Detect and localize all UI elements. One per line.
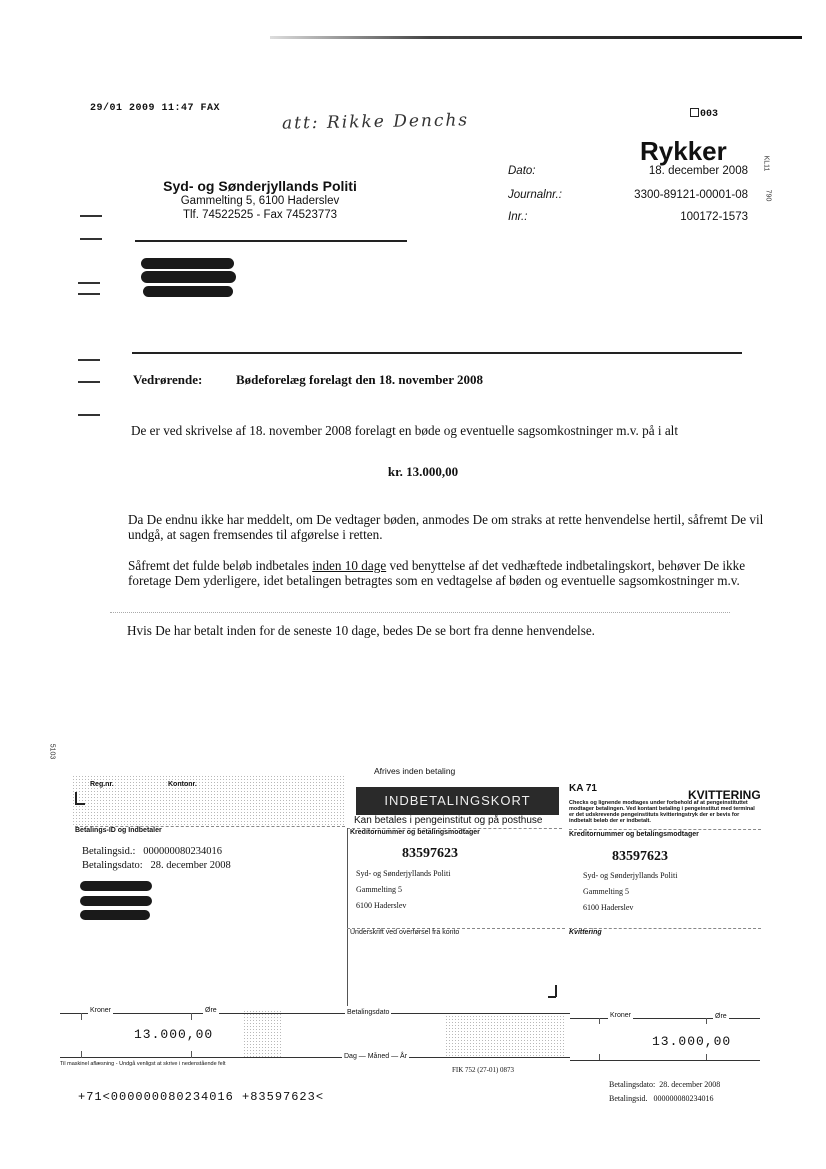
receipt-creditor-address: Syd- og Sønderjyllands Politi Gammelting… bbox=[583, 868, 677, 916]
sender-contact: Tlf. 74522525 - Fax 74523773 bbox=[120, 208, 400, 222]
payment-date-value: 28. december 2008 bbox=[151, 860, 231, 871]
payment-date-row: Betalingsdato: 28. december 2008 bbox=[82, 860, 231, 871]
payment-date-label: Betalingsdato: bbox=[82, 860, 143, 871]
receipt-creditor-number: 83597623 bbox=[612, 849, 668, 865]
creditor-line: Syd- og Sønderjyllands Politi bbox=[583, 868, 677, 884]
scan-noise bbox=[110, 612, 730, 613]
margin-mark bbox=[80, 238, 102, 240]
machine-read-note: Til maskinel aflæsning - Undgå venligst … bbox=[60, 1061, 226, 1067]
creditor-line: 6100 Haderslev bbox=[583, 900, 677, 916]
payer-section-label: Betalings-ID og Indbetaler bbox=[75, 827, 162, 834]
amount-top-line bbox=[60, 1013, 570, 1014]
fax-page-marker: 003 bbox=[690, 108, 718, 120]
margin-mark bbox=[78, 414, 100, 416]
meta-value: 3300-89121-00001-08 bbox=[634, 189, 748, 201]
regnr-label: Reg.nr. bbox=[90, 781, 114, 788]
meta-value: 100172-1573 bbox=[680, 211, 748, 223]
total-amount: kr. 13.000,00 bbox=[0, 464, 826, 480]
remove-note: Afrives inden betaling bbox=[374, 766, 455, 776]
receipt-ore-label: Øre bbox=[713, 1013, 729, 1020]
redacted-recipient bbox=[141, 271, 236, 283]
form-code: FIK 752 (27-01) 0873 bbox=[452, 1066, 514, 1074]
fax-icon bbox=[690, 108, 699, 117]
receipt-date-label: Betalingsdato: bbox=[609, 1080, 655, 1089]
sender-block: Syd- og Sønderjyllands Politi Gammelting… bbox=[120, 178, 400, 222]
tick bbox=[599, 1054, 600, 1060]
subject-rule bbox=[132, 352, 742, 354]
creditor-line: 6100 Haderslev bbox=[356, 898, 450, 914]
redacted-recipient bbox=[141, 258, 234, 269]
tick bbox=[599, 1018, 600, 1024]
redacted-payer bbox=[80, 910, 150, 920]
card-subtitle: Kan betales i pengeinstitut og på posthu… bbox=[354, 815, 542, 826]
stipple-field bbox=[243, 1010, 283, 1058]
kroner-label: Kroner bbox=[88, 1007, 113, 1014]
receipt-amount: 13.000,00 bbox=[652, 1034, 731, 1049]
margin-mark bbox=[78, 282, 100, 284]
payment-id-value: 000000080234016 bbox=[143, 846, 222, 857]
corner-mark bbox=[555, 985, 557, 997]
ore-label: Øre bbox=[203, 1007, 219, 1014]
paragraph-3: Hvis De har betalt inden for de seneste … bbox=[127, 623, 767, 638]
receipt-disclaimer: Checks og lignende modtages under forbeh… bbox=[569, 800, 759, 824]
slip-amount: 13.000,00 bbox=[134, 1027, 213, 1042]
side-mark: 790 bbox=[764, 190, 771, 202]
margin-mark bbox=[78, 359, 100, 361]
date-parts-label: Dag — Måned — År bbox=[342, 1053, 409, 1060]
meta-label: Journalnr.: bbox=[508, 189, 562, 201]
fax-top-line bbox=[270, 36, 802, 39]
creditor-line: Gammelting 5 bbox=[356, 882, 450, 898]
receipt-amount-bottom-line bbox=[570, 1060, 760, 1061]
page-number: 003 bbox=[700, 109, 718, 120]
ocr-code-line: +71<000000080234016 +83597623< bbox=[78, 1090, 324, 1104]
amount-bottom-line bbox=[60, 1057, 570, 1058]
kvittering-label: Kvittering bbox=[569, 929, 602, 936]
receipt-id-label: Betalingsid. bbox=[609, 1094, 647, 1103]
document-title: Rykker bbox=[640, 136, 727, 167]
redacted-payer bbox=[80, 881, 152, 891]
payment-id-row: Betalingsid.: 000000080234016 bbox=[82, 846, 222, 857]
paragraph-2-text: Såfremt det fulde beløb indbetales bbox=[128, 558, 312, 573]
receipt-code: KA 71 bbox=[569, 783, 597, 794]
tick bbox=[81, 1013, 82, 1020]
meta-value: 18. december 2008 bbox=[649, 165, 748, 177]
deadline-emphasis: inden 10 dage bbox=[312, 558, 386, 573]
receipt-date-row: Betalingsdato: 28. december 2008 bbox=[609, 1080, 720, 1089]
margin-mark bbox=[80, 215, 102, 217]
creditor-line: Gammelting 5 bbox=[583, 884, 677, 900]
receipt-creditor-label: Kreditornummer og betalingsmodtager bbox=[569, 831, 699, 838]
creditor-line: Syd- og Sønderjyllands Politi bbox=[356, 866, 450, 882]
receipt-id-row: Betalingsid. 000000080234016 bbox=[609, 1094, 713, 1103]
tick bbox=[191, 1051, 192, 1058]
subject-label: Vedrørende: bbox=[133, 372, 202, 388]
header-rule bbox=[135, 240, 407, 242]
redacted-recipient bbox=[143, 286, 233, 297]
side-mark: KL11 bbox=[762, 156, 769, 172]
receipt-kroner-label: Kroner bbox=[608, 1012, 633, 1019]
tick bbox=[706, 1018, 707, 1024]
sender-address: Gammelting 5, 6100 Haderslev bbox=[120, 194, 400, 208]
handwritten-note: att: Rikke Denchs bbox=[282, 110, 469, 133]
margin-mark bbox=[78, 381, 100, 383]
tick bbox=[191, 1013, 192, 1020]
date-field-label: Betalingsdato bbox=[345, 1009, 391, 1016]
tick bbox=[81, 1051, 82, 1058]
subject-text: Bødeforelæg forelagt den 18. november 20… bbox=[236, 372, 483, 388]
receipt-date-value: 28. december 2008 bbox=[659, 1080, 720, 1089]
receipt-id-value: 000000080234016 bbox=[653, 1094, 713, 1103]
creditor-number: 83597623 bbox=[402, 846, 458, 862]
meta-label: Dato: bbox=[508, 165, 536, 177]
stipple-field bbox=[445, 1015, 565, 1057]
slip-divider bbox=[569, 829, 761, 830]
creditor-address: Syd- og Sønderjyllands Politi Gammelting… bbox=[356, 866, 450, 914]
tick bbox=[706, 1054, 707, 1060]
payment-id-label: Betalingsid.: bbox=[82, 846, 135, 857]
fax-header: 29/01 2009 11:47 FAX bbox=[90, 103, 220, 114]
slip-side-code: 5103 bbox=[48, 744, 55, 760]
intro-paragraph: De er ved skrivelse af 18. november 2008… bbox=[131, 423, 771, 438]
paragraph-1: Da De endnu ikke har meddelt, om De vedt… bbox=[128, 512, 768, 542]
corner-mark bbox=[75, 803, 85, 805]
box-border bbox=[347, 828, 348, 1006]
margin-mark bbox=[78, 293, 100, 295]
meta-label: Inr.: bbox=[508, 211, 527, 223]
signature-label: Underskrift ved overførsel fra konto bbox=[350, 929, 459, 936]
card-title: INDBETALINGSKORT bbox=[356, 787, 559, 815]
creditor-label: Kreditornummer og betalingsmodtager bbox=[350, 829, 480, 836]
kontonr-label: Kontonr. bbox=[168, 781, 197, 788]
sender-name: Syd- og Sønderjyllands Politi bbox=[120, 178, 400, 194]
redacted-payer bbox=[80, 896, 152, 906]
paragraph-2: Såfremt det fulde beløb indbetales inden… bbox=[128, 558, 768, 588]
